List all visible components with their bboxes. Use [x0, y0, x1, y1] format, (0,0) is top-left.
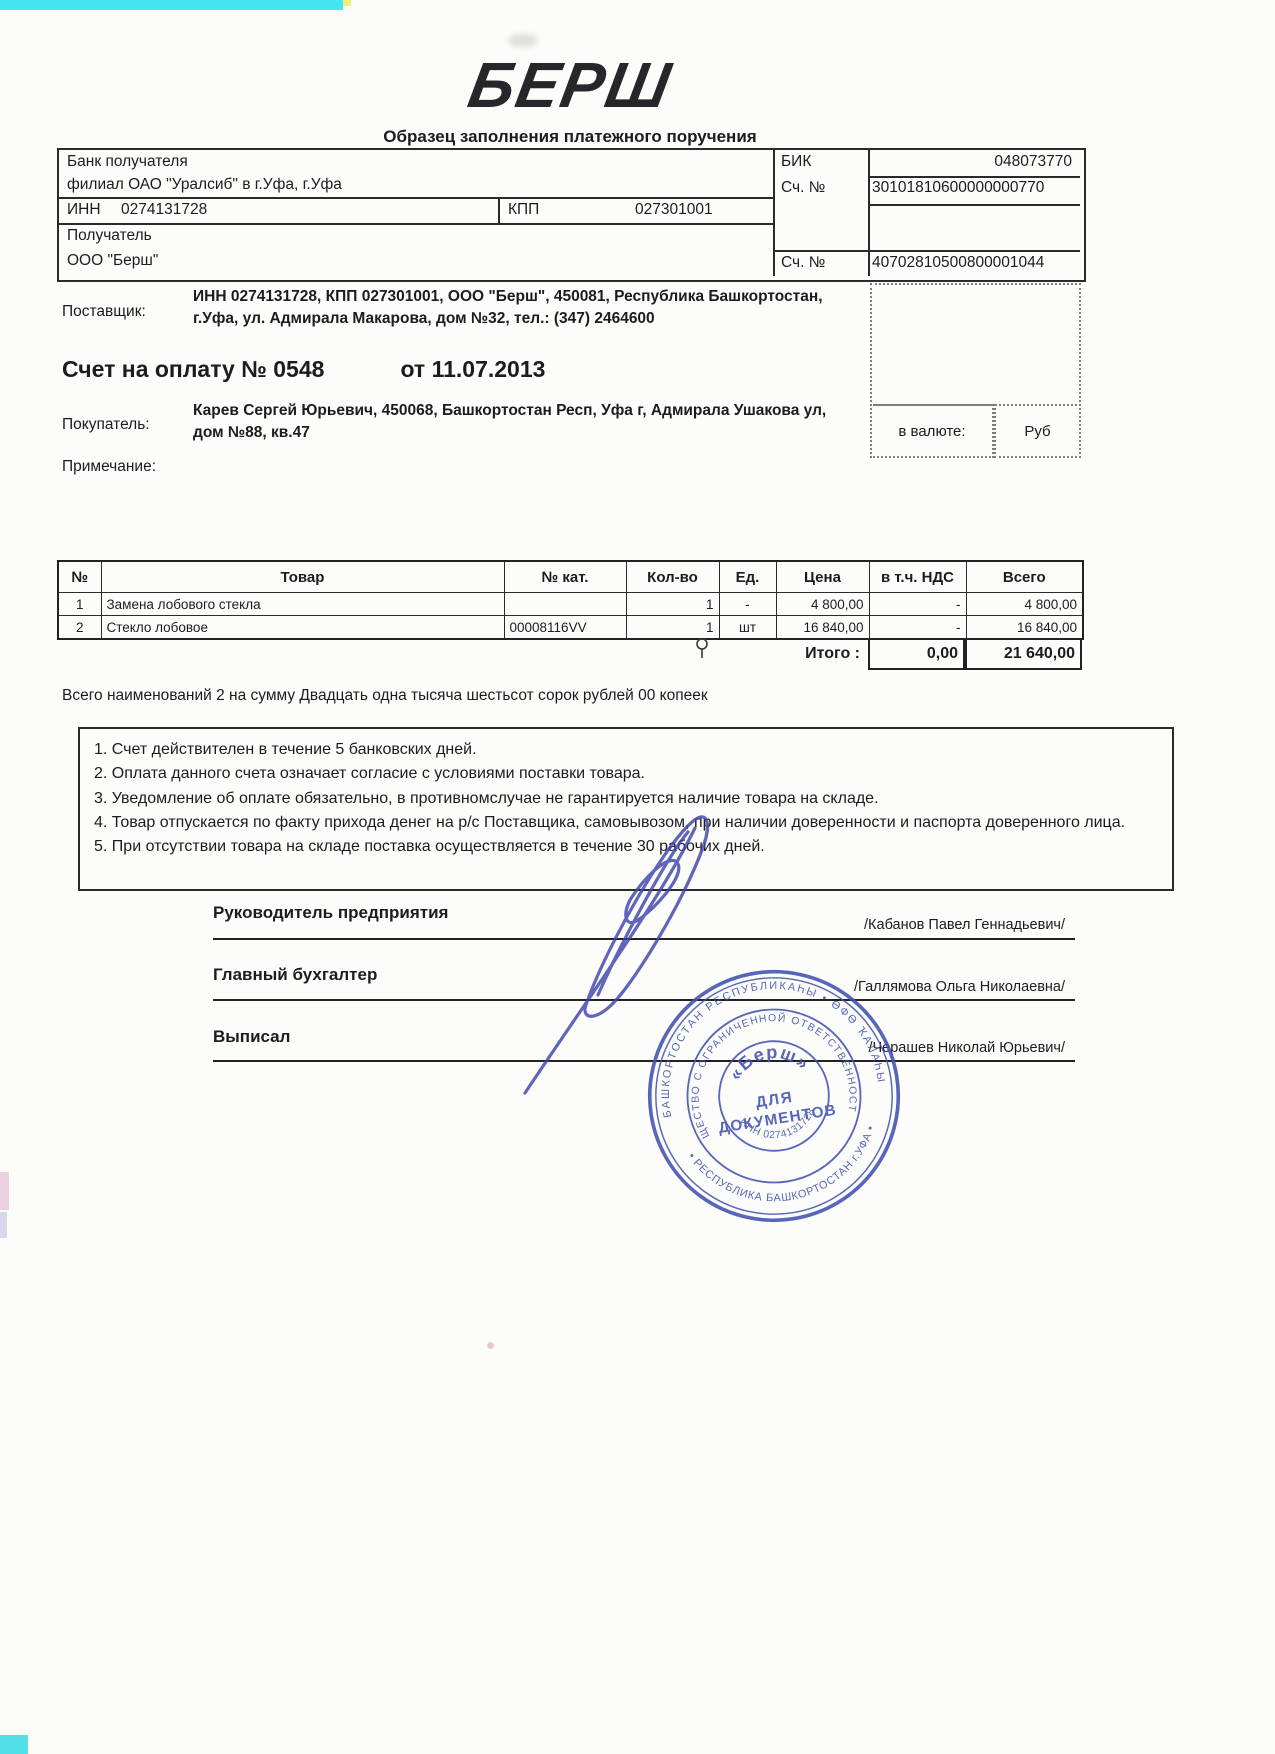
company-stamp: БАШКОРТОСТАН РЕСПУБЛИКАҺЫ • ӨФӨ ҠАЛАҺЫ •… [621, 943, 928, 1250]
col-header-num: № [58, 561, 101, 593]
currency-value: Руб [994, 404, 1081, 458]
buyer-value: Карев Сергей Юрьевич, 450068, Башкортост… [193, 400, 838, 444]
cell-total: 16 840,00 [966, 616, 1083, 640]
payment-order-subtitle: Образец заполнения платежного поручения [330, 127, 810, 147]
cell-price: 16 840,00 [776, 616, 869, 640]
stamp-company-name: «Берш» [720, 1034, 816, 1086]
invoice-title: Счет на оплату № 0548 от 11.07.2013 [62, 356, 545, 383]
cell-num: 2 [58, 616, 101, 640]
col-header-total: Всего [966, 561, 1083, 593]
bank-table-line [773, 250, 1080, 252]
cell-vat: - [869, 616, 966, 640]
scan-artifact-left-lavender [0, 1212, 7, 1238]
cell-catalog: 00008116VV [504, 616, 626, 640]
buyer-label: Покупатель: [62, 416, 150, 434]
cell-price: 4 800,00 [776, 593, 869, 616]
amount-in-words: Всего наименований 2 на сумму Двадцать о… [62, 687, 708, 705]
note-label: Примечание: [62, 458, 156, 476]
col-header-product: Товар [101, 561, 504, 593]
cell-catalog [504, 593, 626, 616]
scan-smudge-top [508, 34, 538, 47]
total-vat-cell: 0,00 [868, 640, 965, 670]
scan-artifact-top-cyan-bar [0, 0, 343, 10]
scan-artifact-top-yellow-speck [343, 0, 351, 6]
invoice-date: от 11.07.2013 [400, 356, 545, 383]
items-table: № Товар № кат. Кол-во Ед. Цена в т.ч. НД… [57, 560, 1084, 640]
svg-text:«Берш»: «Берш» [720, 1034, 816, 1086]
inn-value: 0274131728 [121, 201, 207, 219]
col-header-catalog: № кат. [504, 561, 626, 593]
bank-name: филиал ОАО "Уралсиб" в г.Уфа, г.Уфа [67, 176, 342, 194]
bank-table-line [868, 204, 1080, 206]
term-item: 1. Счет действителен в течение 5 банковс… [94, 738, 1158, 762]
scan-artifact-left-pink [0, 1172, 9, 1210]
currency-label: в валюте: [870, 404, 994, 458]
cell-total: 4 800,00 [966, 593, 1083, 616]
col-header-vat: в т.ч. НДС [869, 561, 966, 593]
bank-table-divider [773, 150, 775, 276]
company-logo: БЕРШ [408, 48, 732, 126]
account-label: Сч. № [781, 254, 825, 272]
recipient-value: ООО "Берш" [67, 252, 158, 270]
invoice-number: Счет на оплату № 0548 [62, 356, 324, 383]
kpp-label: КПП [508, 201, 539, 219]
scanned-invoice-page: БЕРШ Образец заполнения платежного поруч… [0, 0, 1275, 1754]
cell-vat: - [869, 593, 966, 616]
scan-artifact-bottom-cyan [0, 1735, 28, 1754]
supplier-value: ИНН 0274131728, КПП 027301001, ООО "Берш… [193, 286, 838, 330]
bank-details-table: Банк получателя филиал ОАО "Уралсиб" в г… [57, 148, 1086, 282]
bank-table-divider [498, 197, 500, 223]
table-row: 1 Замена лобового стекла 1 - 4 800,00 - … [58, 593, 1083, 616]
cell-product: Замена лобового стекла [101, 593, 504, 616]
col-header-unit: Ед. [719, 561, 776, 593]
kpp-value: 027301001 [635, 201, 713, 219]
inn-label: ИНН [67, 201, 101, 219]
stamp-placeholder-box [870, 283, 1081, 406]
bik-label: БИК [781, 153, 811, 171]
bank-table-line [59, 223, 773, 225]
cell-product: Стекло лобовое [101, 616, 504, 640]
corr-account-label: Сч. № [781, 179, 825, 197]
items-header-row: № Товар № кат. Кол-во Ед. Цена в т.ч. НД… [58, 561, 1083, 593]
corr-account-value: 30101810600000000770 [872, 179, 1044, 197]
total-sum-cell: 21 640,00 [965, 640, 1082, 670]
table-row: 2 Стекло лобовое 00008116VV 1 шт 16 840,… [58, 616, 1083, 640]
col-header-price: Цена [776, 561, 869, 593]
supplier-label: Поставщик: [62, 303, 146, 321]
signature-role-accountant: Главный бухгалтер [213, 965, 377, 985]
col-header-qty: Кол-во [626, 561, 719, 593]
bank-label: Банк получателя [67, 153, 188, 171]
bank-table-line [59, 197, 773, 199]
recipient-label: Получатель [67, 227, 152, 245]
bik-value: 048073770 [870, 153, 1072, 171]
cell-unit: шт [719, 616, 776, 640]
account-value: 40702810500800001044 [872, 254, 1044, 272]
cell-num: 1 [58, 593, 101, 616]
cell-qty: 1 [626, 593, 719, 616]
total-label: Итого : [560, 645, 860, 663]
currency-box: в валюте: Руб [870, 404, 1081, 458]
signature-role-issuer: Выписал [213, 1027, 290, 1047]
bank-table-line [868, 176, 1080, 178]
cell-unit: - [719, 593, 776, 616]
scan-artifact-pink-dot [487, 1342, 494, 1349]
signature-role-director: Руководитель предприятия [213, 903, 448, 923]
scan-mark-glyph [694, 636, 710, 660]
